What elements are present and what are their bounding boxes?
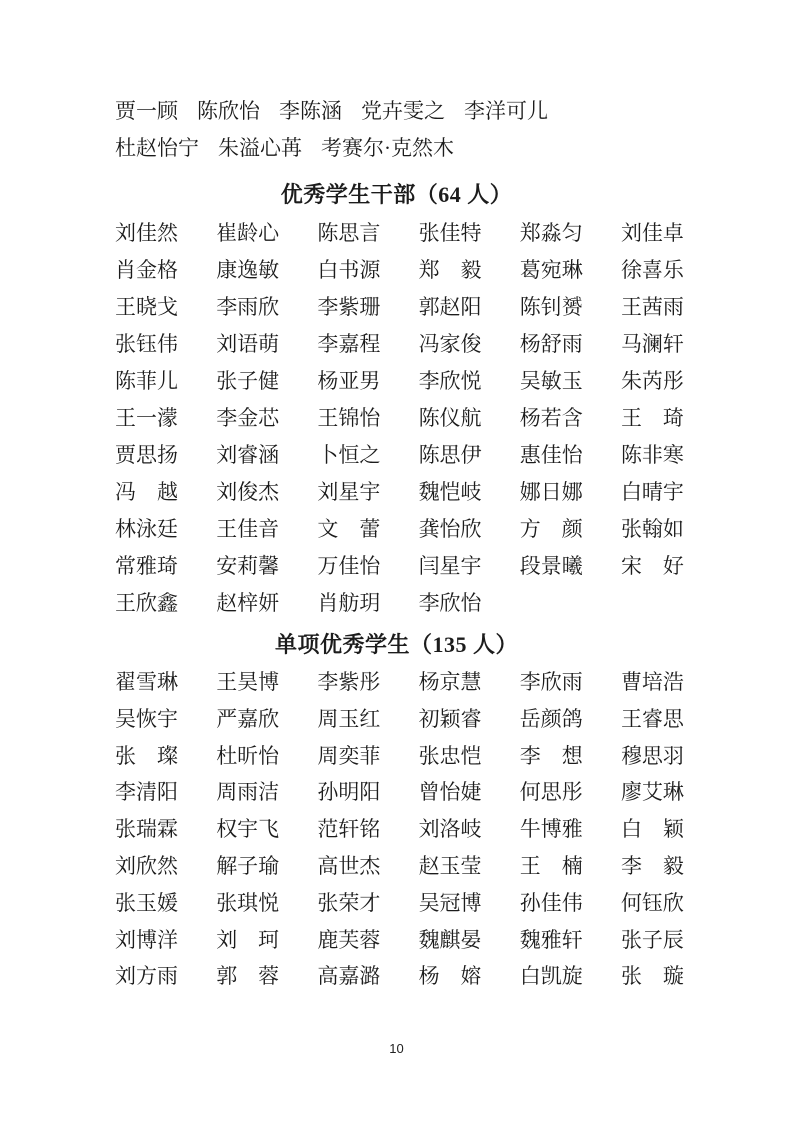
student-name: 张子辰 xyxy=(621,922,722,959)
student-name: 牛博雅 xyxy=(520,811,621,848)
student-name: 权宇飞 xyxy=(216,811,317,848)
document-page: 贾一顾陈欣怡李陈涵党卉雯之李洋可儿 杜赵怡宁朱溢心苒考赛尔·克然木 优秀学生干部… xyxy=(0,0,793,1122)
student-name: 王锦怡 xyxy=(317,400,418,437)
student-name: 贾一顾 xyxy=(115,95,178,125)
student-name: 张 璇 xyxy=(621,958,722,995)
student-name: 赵玉莹 xyxy=(419,848,520,885)
name-table-individual-excellent-students: 翟雪琳王昊博李紫彤杨京慧李欣雨曹培浩吴恢宇严嘉欣周玉红初颖睿岳颜鸽王睿思张 璨杜… xyxy=(115,664,722,995)
student-name: 吴敏玉 xyxy=(520,363,621,400)
student-name: 魏麒晏 xyxy=(419,922,520,959)
student-name: 王晓戈 xyxy=(115,289,216,326)
student-name: 李紫珊 xyxy=(317,289,418,326)
student-name: 曾怡婕 xyxy=(419,774,520,811)
student-name: 郑淼匀 xyxy=(520,215,621,252)
student-name: 康逸敏 xyxy=(216,252,317,289)
student-name: 杨京慧 xyxy=(419,664,520,701)
student-name: 常雅琦 xyxy=(115,548,216,585)
student-name: 张荣才 xyxy=(317,885,418,922)
student-name: 张忠恺 xyxy=(419,738,520,775)
student-name: 李洋可儿 xyxy=(464,95,548,125)
student-name: 张琪悦 xyxy=(216,885,317,922)
student-name: 曹培浩 xyxy=(621,664,722,701)
student-name: 陈思伊 xyxy=(419,437,520,474)
student-name: 陈思言 xyxy=(317,215,418,252)
student-name: 王昊博 xyxy=(216,664,317,701)
student-name: 朱溢心苒 xyxy=(218,132,302,162)
student-name: 冯 越 xyxy=(115,474,216,511)
student-name: 郑 毅 xyxy=(419,252,520,289)
student-name: 万佳怡 xyxy=(317,548,418,585)
student-name: 刘洛岐 xyxy=(419,811,520,848)
student-name: 杨若含 xyxy=(520,400,621,437)
student-name: 翟雪琳 xyxy=(115,664,216,701)
student-name: 赵梓妍 xyxy=(216,585,317,622)
student-name: 段景曦 xyxy=(520,548,621,585)
student-name: 魏雅轩 xyxy=(520,922,621,959)
student-name: 孙佳伟 xyxy=(520,885,621,922)
student-name: 刘欣然 xyxy=(115,848,216,885)
student-name: 杜昕怡 xyxy=(216,738,317,775)
student-name: 周玉红 xyxy=(317,701,418,738)
student-name: 张玉媛 xyxy=(115,885,216,922)
student-name: 陈钊赟 xyxy=(520,289,621,326)
student-name: 刘睿涵 xyxy=(216,437,317,474)
student-name: 杨亚男 xyxy=(317,363,418,400)
student-name: 刘佳然 xyxy=(115,215,216,252)
section-title-excellent-student-cadres: 优秀学生干部（64 人） xyxy=(0,178,793,209)
student-name: 林泳廷 xyxy=(115,511,216,548)
student-name: 文 蕾 xyxy=(317,511,418,548)
student-name: 吴冠博 xyxy=(419,885,520,922)
student-name: 崔龄心 xyxy=(216,215,317,252)
student-name: 岳颜鸽 xyxy=(520,701,621,738)
student-name: 马澜轩 xyxy=(621,326,722,363)
student-name: 孙明阳 xyxy=(317,774,418,811)
student-name: 李金芯 xyxy=(216,400,317,437)
student-name: 李清阳 xyxy=(115,774,216,811)
student-name: 鹿芙蓉 xyxy=(317,922,418,959)
student-name: 考赛尔·克然木 xyxy=(321,132,454,162)
student-name: 刘星宇 xyxy=(317,474,418,511)
student-name: 张瑞霖 xyxy=(115,811,216,848)
student-name: 何思彤 xyxy=(520,774,621,811)
student-name: 安莉馨 xyxy=(216,548,317,585)
student-name: 王佳音 xyxy=(216,511,317,548)
student-name: 李欣悦 xyxy=(419,363,520,400)
section-title-individual-excellent-students: 单项优秀学生（135 人） xyxy=(0,628,793,659)
student-name: 张钰伟 xyxy=(115,326,216,363)
student-name: 王茜雨 xyxy=(621,289,722,326)
student-name: 魏恺岐 xyxy=(419,474,520,511)
student-name: 解子瑜 xyxy=(216,848,317,885)
student-name: 杨舒雨 xyxy=(520,326,621,363)
student-name: 李 想 xyxy=(520,738,621,775)
student-name: 李 毅 xyxy=(621,848,722,885)
student-name: 白凯旋 xyxy=(520,958,621,995)
student-name: 白晴宇 xyxy=(621,474,722,511)
student-name: 闫星宇 xyxy=(419,548,520,585)
student-name: 初颖睿 xyxy=(419,701,520,738)
student-name: 李欣怡 xyxy=(419,585,520,622)
student-name: 贾思扬 xyxy=(115,437,216,474)
student-name: 徐喜乐 xyxy=(621,252,722,289)
student-name: 王欣鑫 xyxy=(115,585,216,622)
student-name: 高嘉潞 xyxy=(317,958,418,995)
student-name: 李嘉程 xyxy=(317,326,418,363)
student-name: 白 颖 xyxy=(621,811,722,848)
student-name: 朱芮彤 xyxy=(621,363,722,400)
student-name: 张翰如 xyxy=(621,511,722,548)
intro-name-list: 贾一顾陈欣怡李陈涵党卉雯之李洋可儿 杜赵怡宁朱溢心苒考赛尔·克然木 xyxy=(115,91,548,166)
student-name: 李欣雨 xyxy=(520,664,621,701)
student-name: 白书源 xyxy=(317,252,418,289)
student-name: 郭赵阳 xyxy=(419,289,520,326)
student-name: 王睿思 xyxy=(621,701,722,738)
student-name: 廖艾琳 xyxy=(621,774,722,811)
student-name: 宋 好 xyxy=(621,548,722,585)
student-name: 葛宛琳 xyxy=(520,252,621,289)
student-name: 刘方雨 xyxy=(115,958,216,995)
page-number: 10 xyxy=(0,1041,793,1056)
student-name: 王一濛 xyxy=(115,400,216,437)
student-name: 张子健 xyxy=(216,363,317,400)
student-name: 娜日娜 xyxy=(520,474,621,511)
student-name: 何钰欣 xyxy=(621,885,722,922)
student-name: 方 颜 xyxy=(520,511,621,548)
student-name: 李紫彤 xyxy=(317,664,418,701)
student-name: 冯家俊 xyxy=(419,326,520,363)
student-name: 张佳特 xyxy=(419,215,520,252)
student-name: 周奕菲 xyxy=(317,738,418,775)
student-name: 王 琦 xyxy=(621,400,722,437)
student-name: 刘 珂 xyxy=(216,922,317,959)
student-name: 郭 蓉 xyxy=(216,958,317,995)
student-name: 陈仪航 xyxy=(419,400,520,437)
student-name: 吴恢宇 xyxy=(115,701,216,738)
student-name: 周雨洁 xyxy=(216,774,317,811)
student-name: 严嘉欣 xyxy=(216,701,317,738)
student-name: 张 璨 xyxy=(115,738,216,775)
student-name: 刘博洋 xyxy=(115,922,216,959)
student-name: 杨 嫆 xyxy=(419,958,520,995)
student-name: 陈菲儿 xyxy=(115,363,216,400)
student-name: 惠佳怡 xyxy=(520,437,621,474)
student-name: 龚怡欣 xyxy=(419,511,520,548)
student-name: 卜恒之 xyxy=(317,437,418,474)
intro-name-line-1: 贾一顾陈欣怡李陈涵党卉雯之李洋可儿 xyxy=(115,91,548,129)
intro-name-line-2: 杜赵怡宁朱溢心苒考赛尔·克然木 xyxy=(115,129,548,167)
student-name: 高世杰 xyxy=(317,848,418,885)
student-name: 范轩铭 xyxy=(317,811,418,848)
student-name: 刘俊杰 xyxy=(216,474,317,511)
student-name: 李雨欣 xyxy=(216,289,317,326)
student-name: 杜赵怡宁 xyxy=(115,132,199,162)
student-name: 陈欣怡 xyxy=(197,95,260,125)
student-name: 肖舫玥 xyxy=(317,585,418,622)
student-name: 王 楠 xyxy=(520,848,621,885)
name-table-excellent-student-cadres: 刘佳然崔龄心陈思言张佳特郑淼匀刘佳卓肖金格康逸敏白书源郑 毅葛宛琳徐喜乐王晓戈李… xyxy=(115,215,722,622)
student-name: 刘佳卓 xyxy=(621,215,722,252)
student-name: 党卉雯之 xyxy=(361,95,445,125)
student-name: 李陈涵 xyxy=(279,95,342,125)
student-name: 刘语萌 xyxy=(216,326,317,363)
student-name: 肖金格 xyxy=(115,252,216,289)
student-name: 陈非寒 xyxy=(621,437,722,474)
student-name: 穆思羽 xyxy=(621,738,722,775)
